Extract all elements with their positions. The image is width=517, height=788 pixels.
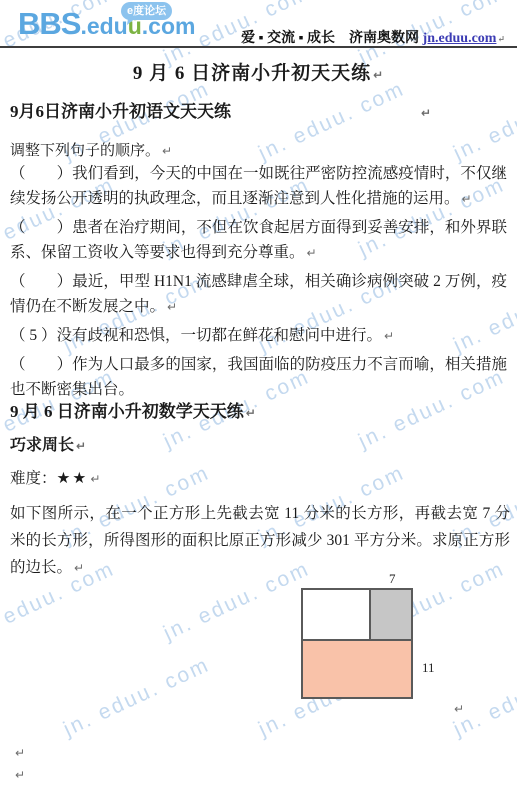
figure-pink-cut-rectangle <box>303 639 411 697</box>
figure-gray-cut-rectangle <box>369 590 411 643</box>
paragraph-mark: ↵ <box>497 34 505 44</box>
sentence-list: （ ）我们看到，今天的中国在一如既往严密防控流感疫情时，不仅继续发扬公开透明的执… <box>10 161 507 405</box>
page-title: 9 月 6 日济南小升初天天练↵ <box>0 58 517 85</box>
difficulty-row: 难度：★★↵ <box>10 466 100 488</box>
instruction-text: 调整下列句子的顺序。 <box>10 143 160 159</box>
watermark-text: jn. eduu. com <box>450 77 517 166</box>
sentence-item: （ ）我们看到，今天的中国在一如既往严密防控流感疫情时，不仅继续发扬公开透明的执… <box>10 161 507 212</box>
sentence-text: （ ）作为人口最多的国家，我国面临的防疫压力不言而喻，相关措施也不断密集出台。 <box>10 356 507 398</box>
exercise-instruction: 调整下列句子的顺序。↵ <box>10 139 172 160</box>
header-tagline: 爱 ▪ 交流 ▪ 成长济南奥数网 jn.eduu.com↵ <box>241 27 505 47</box>
paragraph-mark: ↵ <box>307 246 317 260</box>
paragraph-mark: ↵ <box>76 439 86 453</box>
forum-bubble-badge: e度论坛 <box>121 2 172 20</box>
sentence-text: （ ）患者在治疗期间，不但在饮食起居方面得到妥善安排，和外界联系、保留工资收入等… <box>10 219 507 261</box>
figure-width-11-label: 11 <box>422 660 435 676</box>
paragraph-mark: ↵ <box>421 106 431 120</box>
page-title-text: 9 月 6 日济南小升初天天练 <box>133 63 371 84</box>
sentence-text: （ ）我们看到，今天的中国在一如既往严密防控流感疫情时，不仅继续发扬公开透明的执… <box>10 165 507 207</box>
header-divider <box>0 46 517 48</box>
geometry-figure: 7 11 <box>283 568 473 718</box>
sentence-item: （ ）作为人口最多的国家，我国面临的防疫压力不言而喻，相关措施也不断密集出台。 <box>10 352 507 402</box>
chinese-heading-text: 9月6日济南小升初语文天天练 <box>10 102 231 121</box>
math-topic-text: 巧求周长 <box>10 437 74 454</box>
sentence-item: （ 5 ）没有歧视和恐惧，一切都在鲜花和慰问中进行。↵ <box>10 323 507 349</box>
difficulty-stars: ★★ <box>57 470 89 487</box>
paragraph-mark: ↵ <box>74 561 84 575</box>
difficulty-label: 难度： <box>10 470 57 487</box>
figure-square <box>301 588 413 699</box>
tagline-slogan: 爱 ▪ 交流 ▪ 成长 <box>241 31 335 46</box>
paragraph-mark: ↵ <box>373 68 384 82</box>
math-topic: 巧求周长↵ <box>10 432 86 455</box>
paragraph-mark: ↵ <box>246 406 256 420</box>
math-section-heading: 9 月 6 日济南小升初数学天天练↵ <box>10 397 256 422</box>
site-link[interactable]: jn.eduu.com <box>423 31 497 46</box>
paragraph-mark: ↵ <box>15 768 25 782</box>
math-heading-text: 9 月 6 日济南小升初数学天天练 <box>10 402 244 421</box>
watermark-text: jn. eduu. com <box>60 653 214 742</box>
site-name: 济南奥数网 <box>349 31 419 46</box>
paragraph-mark: ↵ <box>15 746 25 760</box>
paragraph-mark: ↵ <box>90 472 100 486</box>
paragraph-mark: ↵ <box>454 702 464 716</box>
sentence-item: （ ）最近，甲型 H1N1 流感肆虐全球，相关确诊病例突破 2 万例，疫情仍在不… <box>10 269 507 320</box>
figure-width-7-label: 7 <box>389 571 396 587</box>
paragraph-mark: ↵ <box>462 192 472 206</box>
document-page: jn. eduu. comjn. eduu. comjn. eduu. comj… <box>0 0 517 788</box>
sentence-item: （ ）患者在治疗期间，不但在饮食起居方面得到妥善安排，和外界联系、保留工资收入等… <box>10 215 507 266</box>
chinese-section-heading: 9月6日济南小升初语文天天练↵ <box>10 97 431 122</box>
paragraph-mark: ↵ <box>167 300 177 314</box>
paragraph-mark: ↵ <box>162 144 172 158</box>
problem-text: 如下图所示，在一个正方形上先截去宽 11 分米的长方形，再截去宽 7 分米的长方… <box>10 505 510 576</box>
logo-bbs-text: BBS <box>18 6 80 41</box>
logo-edu-text: .edu <box>80 13 127 39</box>
paragraph-mark: ↵ <box>384 329 394 343</box>
sentence-text: （ 5 ）没有歧视和恐惧，一切都在鲜花和慰问中进行。 <box>10 327 382 344</box>
sentence-text: （ ）最近，甲型 H1N1 流感肆虐全球，相关确诊病例突破 2 万例，疫情仍在不… <box>10 273 507 315</box>
